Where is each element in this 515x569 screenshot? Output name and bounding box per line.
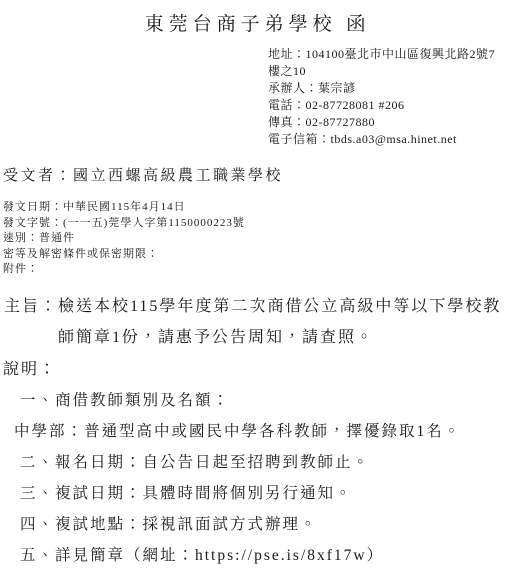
sender-address-line: 地址：104100臺北市中山區復興北路2號7樓之10: [268, 46, 504, 80]
security-line: 密等及解密條件或保密期限：: [3, 247, 515, 263]
description-label: 說明：: [3, 360, 515, 379]
meta-block: 發文日期：中華民國115年4月14日 發文字號：(一一五)莞學人字第115000…: [3, 200, 515, 278]
sender-phone-line: 電話：02-87728081 #206: [268, 97, 504, 114]
subject-section: 主旨： 檢送本校115學年度第二次商借公立高級中等以下學校教師簡章1份，請惠予公…: [4, 291, 515, 353]
description-item-3: 三、複試日期：具體時間將個別另行通知。: [20, 485, 515, 503]
letter-title: 東莞台商子弟學校 函: [0, 0, 515, 36]
description-item-4: 四、複試地點：採視訊面試方式辦理。: [20, 516, 515, 534]
official-letter-page: 東莞台商子弟學校 函 地址：104100臺北市中山區復興北路2號7樓之10 承辦…: [0, 0, 515, 569]
priority-line: 速別：普通件: [3, 231, 515, 247]
sender-contact-person-line: 承辦人：葉宗諺: [268, 80, 504, 97]
sender-fax-line: 傳真：02-87727880: [268, 114, 504, 131]
sender-email-line: 電子信箱：tbds.a03@msa.hinet.net: [268, 131, 504, 148]
subject-text: 檢送本校115學年度第二次商借公立高級中等以下學校教師簡章1份，請惠予公告周知，…: [58, 291, 510, 353]
description-subitem-middle-school: 中學部：普通型高中或國民中學各科教師，擇優錄取1名。: [14, 423, 515, 441]
description-list: 一、商借教師類別及名額： 中學部：普通型高中或國民中學各科教師，擇優錄取1名。 …: [0, 392, 515, 565]
description-item-1: 一、商借教師類別及名額：: [20, 392, 515, 410]
attachment-line: 附件：: [3, 262, 515, 278]
subject-label: 主旨：: [4, 291, 58, 353]
issue-date-line: 發文日期：中華民國115年4月14日: [3, 200, 515, 216]
description-item-5-with-url: 五、詳見簡章（網址：https://pse.is/8xf17w）: [20, 547, 515, 565]
doc-number-line: 發文字號：(一一五)莞學人字第1150000223號: [3, 216, 515, 232]
description-item-2: 二、報名日期：自公告日起至招聘到教師止。: [20, 454, 515, 472]
recipient-line: 受文者：國立西螺高級農工職業學校: [3, 164, 515, 185]
sender-info-block: 地址：104100臺北市中山區復興北路2號7樓之10 承辦人：葉宗諺 電話：02…: [268, 46, 504, 148]
